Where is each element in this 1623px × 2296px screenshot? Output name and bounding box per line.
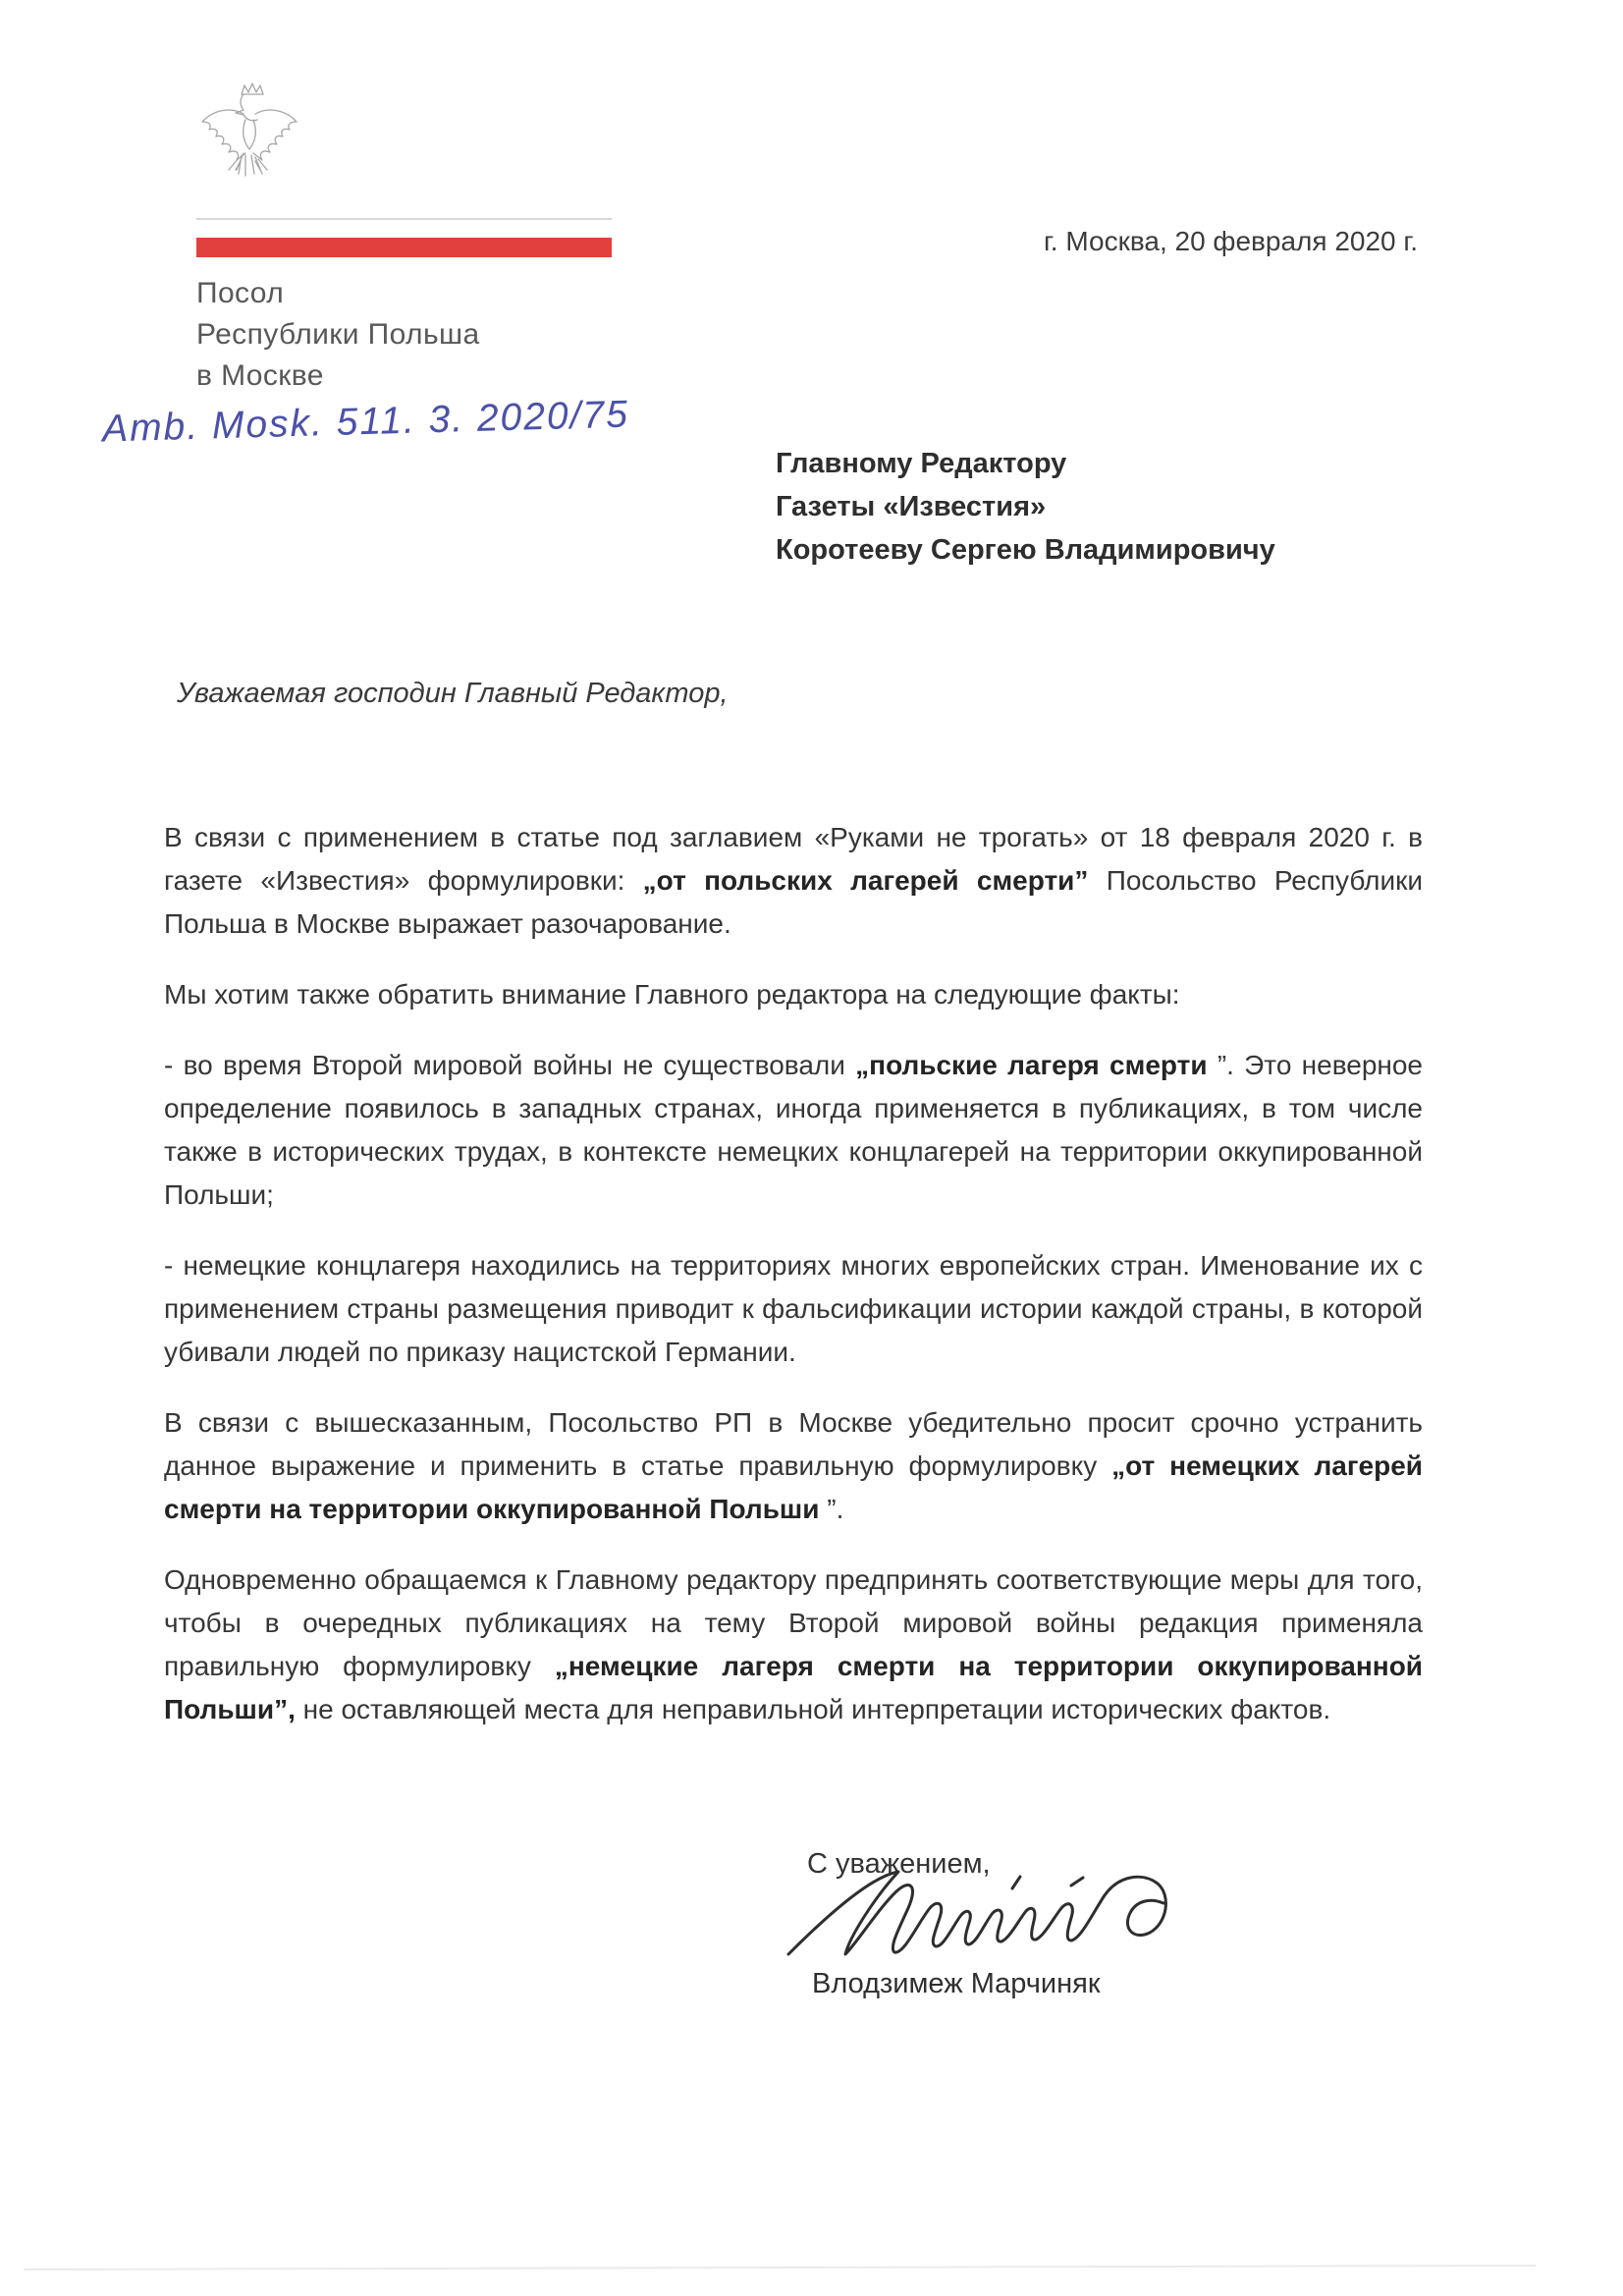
paragraph-fact-2: - немецкие концлагеря находились на терр… bbox=[164, 1244, 1423, 1374]
scanned-letter-page: Посол Республики Польша в Москве Amb. Mo… bbox=[0, 0, 1623, 2296]
paragraph-text: - немецкие концлагеря находились на терр… bbox=[164, 1250, 1423, 1367]
paragraph-bold-phrase: „польские лагеря смерти bbox=[855, 1050, 1207, 1080]
eagle-head bbox=[236, 94, 257, 121]
flag-red-stripe bbox=[196, 238, 612, 257]
poland-flag-bar bbox=[196, 218, 612, 257]
paragraph-text: - во время Второй мировой войны не сущес… bbox=[164, 1050, 855, 1080]
addressee-block: Главному Редактору Газеты «Известия» Кор… bbox=[776, 442, 1275, 572]
sender-line-country: Республики Польша bbox=[196, 314, 480, 355]
sender-line-city: в Москве bbox=[196, 355, 480, 397]
eagle-claws bbox=[229, 159, 267, 170]
paragraph-text: не оставляющей места для неправильной ин… bbox=[296, 1694, 1330, 1724]
handwritten-reference-number: Amb. Mosk. 511. 3. 2020/75 bbox=[101, 394, 629, 452]
paragraph-bold-phrase: „от польских лагерей смерти” bbox=[643, 865, 1089, 896]
addressee-line-role: Главному Редактору bbox=[776, 442, 1275, 485]
polish-eagle-emblem bbox=[194, 81, 304, 196]
date-place-line: г. Москва, 20 февраля 2020 г. bbox=[1044, 226, 1418, 257]
eagle-crown bbox=[242, 83, 263, 94]
flag-white-stripe bbox=[196, 218, 612, 237]
scan-artifact-line bbox=[24, 2265, 1536, 2270]
salutation: Уважаемая господин Главный Редактор, bbox=[177, 678, 729, 710]
eagle-right-wing bbox=[253, 110, 297, 160]
paragraph-text: Мы хотим также обратить внимание Главног… bbox=[164, 979, 1180, 1010]
paragraph-fact-1: - во время Второй мировой войны не сущес… bbox=[164, 1044, 1423, 1217]
paragraph-measures: Одновременно обращаемся к Главному редак… bbox=[164, 1558, 1423, 1731]
addressee-line-organization: Газеты «Известия» bbox=[776, 485, 1275, 528]
sender-line-title: Посол bbox=[196, 273, 480, 314]
eagle-left-wing bbox=[202, 110, 245, 160]
handwritten-signature bbox=[781, 1864, 1203, 1967]
paragraph-request: В связи с вышесказанным, Посольство РП в… bbox=[164, 1401, 1423, 1531]
paragraph-text: ”. bbox=[819, 1494, 843, 1524]
signer-name: Влодзимеж Марчиняк bbox=[812, 1968, 1101, 2000]
eagle-body bbox=[243, 120, 256, 149]
sender-block: Посол Республики Польша в Москве bbox=[196, 273, 480, 397]
letter-body: В связи с применением в статье под загла… bbox=[164, 816, 1423, 1759]
paragraph-intro: В связи с применением в статье под загла… bbox=[164, 816, 1423, 946]
addressee-line-person: Коротееву Сергею Владимировичу bbox=[776, 528, 1275, 572]
paragraph-facts-lead: Мы хотим также обратить внимание Главног… bbox=[164, 973, 1423, 1016]
